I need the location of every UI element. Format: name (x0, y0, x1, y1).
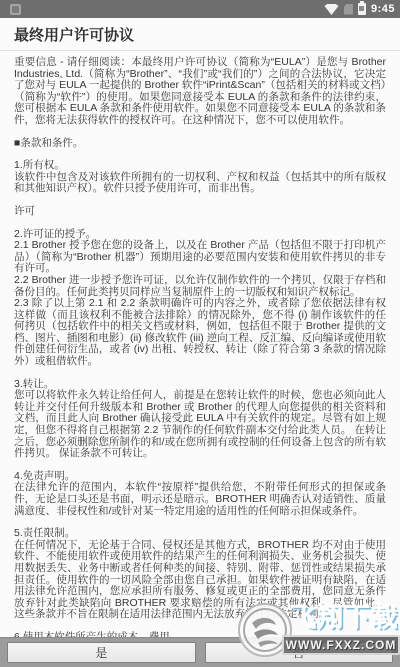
eula-section-license-grant: 2.许可证的授予。 2.1 Brother 授予您在您的设备上，以及在 Brot… (14, 229, 386, 368)
clock-text: 9:45 (371, 3, 395, 15)
eula-section-terms-heading: ■条款和条件。 (14, 138, 386, 150)
battery-icon (358, 3, 366, 15)
eula-section-disclaimer: 4.免责声明。 在法律允许的范围内，本软件“按原样”提供给您，不附带任何形式的担… (14, 471, 386, 517)
notification-app-icon (10, 4, 21, 15)
accept-button[interactable]: 是 (7, 642, 196, 663)
eula-section-transfer: 3.转让。 您可以将软件永久转让给任何人，前提是在您转让软件的时候，您也必须向此… (14, 379, 386, 460)
sim-icon (344, 4, 353, 15)
phone-screen: 9:45 最终用户许可协议 重要信息 - 请仔细阅读：本最终用户许可协议（简称为… (0, 0, 400, 667)
page-title: 最终用户许可协议 (14, 24, 134, 45)
wifi-icon (324, 4, 339, 15)
footer-button-bar: 是 否 (0, 637, 400, 667)
eula-intro-paragraph: 重要信息 - 请仔细阅读：本最终用户许可协议（简称为“EULA”）是您与 Bro… (14, 57, 386, 127)
eula-license-label: 许可 (14, 206, 386, 218)
app-bar: 最终用户许可协议 (0, 18, 400, 51)
eula-section-ownership: 1.所有权。 该软件中包含及对该软件所拥有的一切权利、产权和权益（包括其中的所有… (14, 160, 386, 195)
decline-button[interactable]: 否 (205, 642, 394, 663)
status-bar-right: 9:45 (324, 3, 395, 15)
status-bar: 9:45 (0, 0, 400, 18)
eula-document[interactable]: 重要信息 - 请仔细阅读：本最终用户许可协议（简称为“EULA”）是您与 Bro… (0, 52, 400, 637)
eula-section-liability: 5.责任限制。 在任何情况下，无论基于合同、侵权还是其他方式，BROTHER 均… (14, 528, 386, 621)
